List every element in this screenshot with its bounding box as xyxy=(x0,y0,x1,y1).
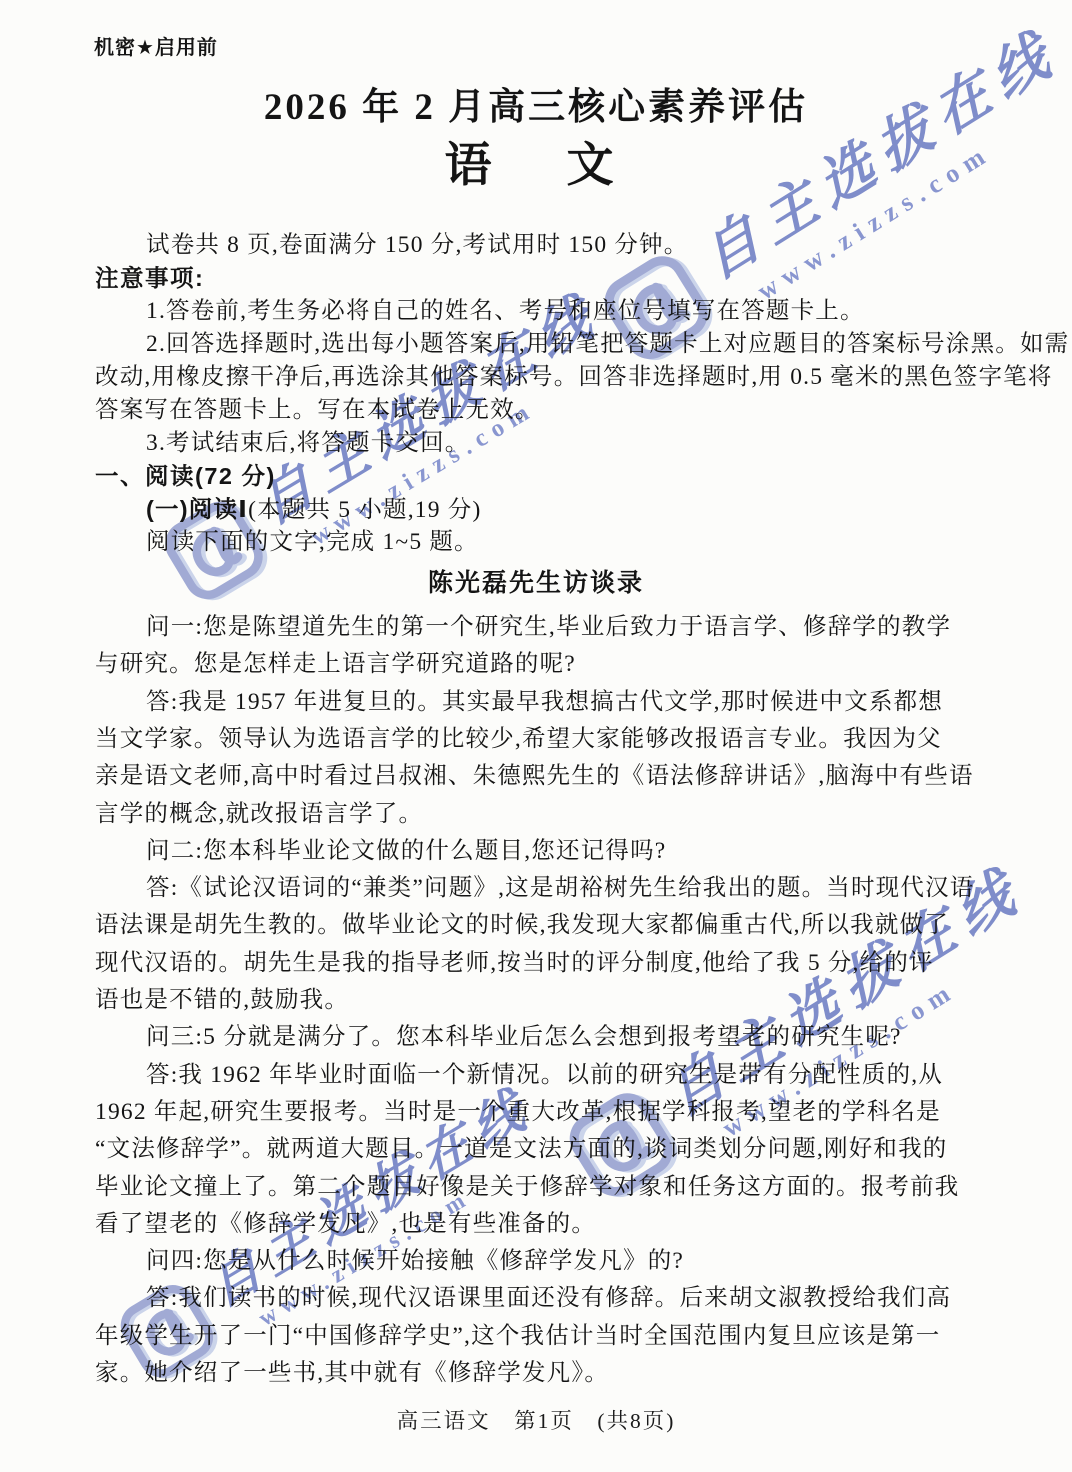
text-line: 与研究。您是怎样走上语言学研究道路的呢? xyxy=(95,645,576,683)
text-line: 答:我们读书的时候,现代汉语课里面还没有修辞。后来胡文淑教授给我们高 xyxy=(146,1279,951,1317)
text-line: 答:我 1962 年毕业时面临一个新情况。以前的研究生是带有分配性质的,从 xyxy=(146,1056,943,1094)
exam-title: 2026 年 2 月高三核心素养评估 xyxy=(0,76,1072,130)
text-line: 试卷共 8 页,卷面满分 150 分,考试用时 150 分钟。 xyxy=(146,226,688,264)
text-line: 问三:5 分就是满分了。您本科毕业后怎么会想到报考望老的研究生呢? xyxy=(146,1018,902,1056)
text-line: 年级学生开了一门“中国修辞学史”,这个我估计当时全国范围内复旦应该是第一 xyxy=(95,1317,940,1355)
confidential-label: 机密★启用前 xyxy=(94,31,218,60)
text-line: 阅读下面的文字,完成 1~5 题。 xyxy=(146,523,479,561)
text-line: “文法修辞学”。就两道大题目。一道是文法方面的,谈词类划分问题,刚好和我的 xyxy=(95,1130,948,1168)
text-line: 1962 年起,研究生要报考。当时是一个重大改革,根据学科报考,望老的学科名是 xyxy=(95,1093,941,1131)
page-footer: 高三语文 第1页 (共8页) xyxy=(0,1404,1072,1435)
exam-paper-page: 自主选拔在线 www.zizzs.com 自主选拔在线 www.zizzs.co… xyxy=(0,0,1072,1472)
text-line: 当文学家。领导认为选语言学的比较少,希望大家能够改报语言专业。我因为父 xyxy=(95,720,942,758)
text-line: 问四:您是从什么时候开始接触《修辞学发凡》的? xyxy=(146,1242,684,1280)
text-line: 答:我是 1957 年进复旦的。其实最早我想搞古代文学,那时候进中文系都想 xyxy=(146,683,943,721)
text-line: 亲是语文老师,高中时看过吕叔湘、朱德熙先生的《语法修辞讲话》,脑海中有些语 xyxy=(95,757,974,795)
text-line: 语也是不错的,鼓励我。 xyxy=(95,981,349,1019)
text-line: 问一:您是陈望道先生的第一个研究生,毕业后致力于语言学、修辞学的教学 xyxy=(146,608,951,646)
subject-title: 语 文 xyxy=(0,128,1072,195)
text-line: 语法课是胡先生教的。做毕业论文的时候,我发现大家都偏重古代,所以我就做了 xyxy=(95,906,949,944)
text-line: 看了望老的《修辞学发凡》,也是有些准备的。 xyxy=(95,1205,596,1243)
text-line: 现代汉语的。胡先生是我的指导老师,按当时的评分制度,他给了我 5 分,给的评 xyxy=(95,944,934,982)
text-line: 答:《试论汉语词的“兼类”问题》,这是胡裕树先生给我出的题。当时现代汉语 xyxy=(146,869,974,907)
text-line: 言学的概念,就改报语言学了。 xyxy=(95,795,423,833)
passage-title: 陈光磊先生访谈录 xyxy=(0,564,1072,602)
text-line: 问二:您本科毕业论文做的什么题目,您还记得吗? xyxy=(146,832,666,870)
text-line: 家。她介绍了一些书,其中就有《修辞学发凡》。 xyxy=(95,1354,609,1392)
text-line: 毕业论文撞上了。第二个题目好像是关于修辞学对象和任务这方面的。报考前我 xyxy=(95,1168,960,1206)
